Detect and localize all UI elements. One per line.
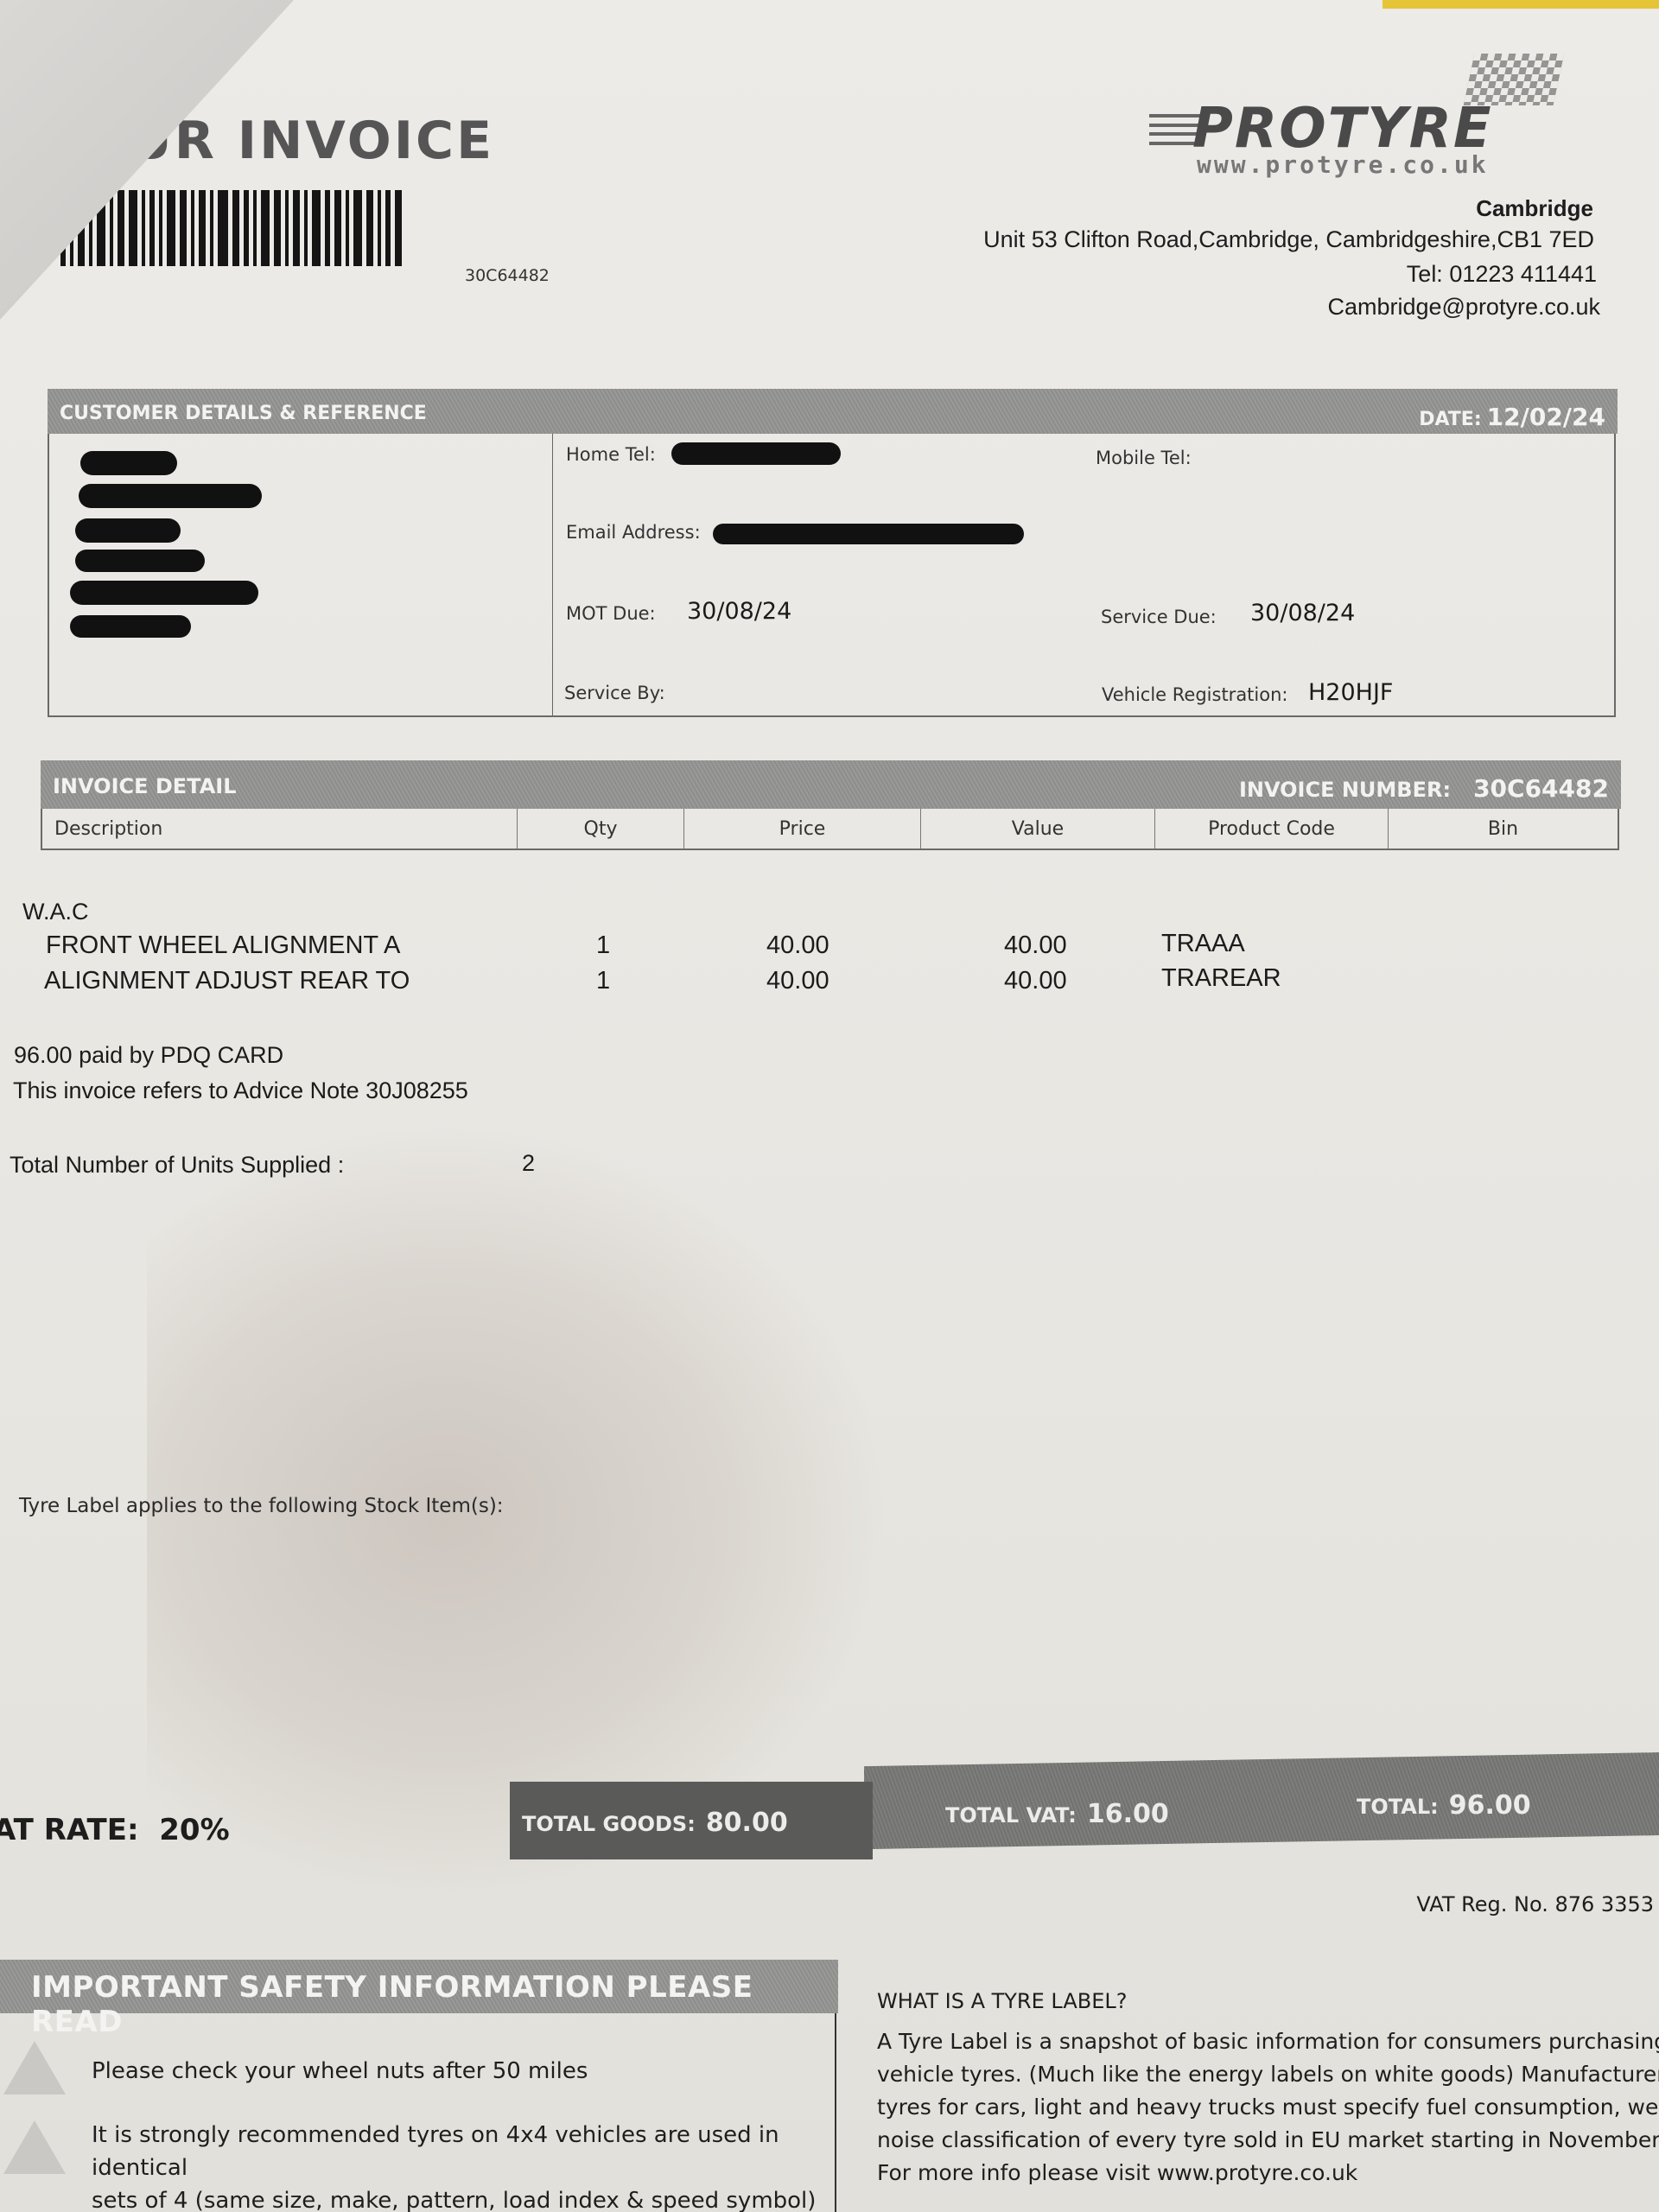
- units-supplied-value: 2: [522, 1150, 535, 1177]
- vehicle-reg-value: H20HJF: [1308, 679, 1393, 706]
- column-header-description: Description: [42, 809, 518, 849]
- tyre-label-line: For more info please visit www.protyre.c…: [877, 2157, 1659, 2190]
- invoice-number-value: 30C64482: [1473, 774, 1609, 803]
- tyre-label-heading: WHAT IS A TYRE LABEL?: [877, 1989, 1127, 2013]
- total-goods: TOTAL GOODS:80.00: [522, 1808, 788, 1838]
- email-label: Email Address:: [566, 522, 701, 543]
- customer-details-header: CUSTOMER DETAILS & REFERENCE DATE:12/02/…: [48, 389, 1618, 434]
- redacted-address-line: [75, 550, 205, 572]
- tyre-label-line: A Tyre Label is a snapshot of basic info…: [877, 2025, 1659, 2058]
- service-by-label: Service By:: [564, 683, 665, 703]
- redacted-home-tel: [671, 442, 841, 465]
- warning-triangle-icon: [3, 2041, 66, 2094]
- redacted-customer-name: [80, 451, 177, 475]
- line-description: ALIGNMENT ADJUST REAR TO: [44, 967, 410, 995]
- date-label: DATE:: [1419, 409, 1481, 430]
- service-due-label: Service Due:: [1101, 607, 1217, 627]
- line-group-label: W.A.C: [22, 899, 89, 925]
- date-value: 12/02/24: [1487, 403, 1605, 431]
- column-header-price: Price: [684, 809, 921, 849]
- line-qty: 1: [596, 931, 610, 960]
- total-goods-label: TOTAL GOODS:: [522, 1812, 696, 1836]
- totals-band: TOTAL GOODS:80.00 TOTAL VAT:16.00 TOTAL:…: [510, 1759, 1659, 1859]
- tyre-label-info: A Tyre Label is a snapshot of basic info…: [877, 2025, 1659, 2190]
- column-header-qty: Qty: [518, 809, 684, 849]
- barcode-number: 30C64482: [465, 266, 550, 285]
- line-product-code: TRAAA: [1161, 930, 1245, 958]
- vat-rate-label: AT RATE:: [0, 1813, 139, 1847]
- mot-due-value: 30/08/24: [687, 598, 791, 625]
- mot-due-label: MOT Due:: [566, 603, 656, 624]
- total-value: 96.00: [1449, 1790, 1531, 1821]
- total-vat-value: 16.00: [1087, 1799, 1169, 1829]
- warning-triangle-icon: [3, 2120, 66, 2174]
- vat-rate: AT RATE: 20%: [0, 1813, 230, 1847]
- vehicle-reg-label: Vehicle Registration:: [1102, 684, 1288, 705]
- tyre-label-line: noise classification of every tyre sold …: [877, 2124, 1659, 2157]
- safety-info-header: IMPORTANT SAFETY INFORMATION PLEASE READ: [0, 1960, 838, 2013]
- redacted-address-line: [79, 484, 262, 508]
- column-header-value: Value: [921, 809, 1155, 849]
- invoice-date: DATE:12/02/24: [1419, 403, 1605, 420]
- total-goods-value: 80.00: [706, 1808, 788, 1838]
- invoice-number-label: INVOICE NUMBER:: [1239, 778, 1451, 802]
- safety-item: Please check your wheel nuts after 50 mi…: [92, 2055, 588, 2088]
- branch-email[interactable]: Cambridge@protyre.co.uk: [1327, 294, 1600, 321]
- grand-total: TOTAL:96.00: [1357, 1790, 1531, 1821]
- vat-reg-value: 876 3353: [1554, 1892, 1654, 1916]
- units-supplied-label: Total Number of Units Supplied :: [10, 1152, 344, 1179]
- payment-note: 96.00 paid by PDQ CARD: [14, 1042, 283, 1069]
- vat-rate-value: 20%: [159, 1813, 229, 1847]
- section-title: INVOICE DETAIL: [53, 774, 236, 795]
- section-title: CUSTOMER DETAILS & REFERENCE: [60, 403, 427, 420]
- total-vat-label: TOTAL VAT:: [945, 1803, 1077, 1827]
- tyre-label-line: vehicle tyres. (Much like the energy lab…: [877, 2058, 1659, 2091]
- redacted-postcode: [70, 615, 191, 638]
- service-due-value: 30/08/24: [1250, 600, 1355, 626]
- invoice-number: INVOICE NUMBER:30C64482: [1239, 774, 1609, 795]
- customer-details-section: CUSTOMER DETAILS & REFERENCE DATE:12/02/…: [48, 389, 1616, 717]
- redacted-email: [713, 524, 1024, 544]
- line-product-code: TRAREAR: [1161, 964, 1281, 993]
- tyre-label-line: tyres for cars, light and heavy trucks m…: [877, 2091, 1659, 2124]
- line-price: 40.00: [766, 931, 829, 960]
- total-vat: TOTAL VAT:16.00: [945, 1799, 1169, 1829]
- advice-note: This invoice refers to Advice Note 30J08…: [13, 1077, 468, 1104]
- total-label: TOTAL:: [1357, 1795, 1439, 1819]
- background-surface: [1382, 0, 1659, 9]
- column-divider: [552, 434, 553, 715]
- branch-address: Unit 53 Clifton Road,Cambridge, Cambridg…: [983, 226, 1594, 253]
- mobile-tel-label: Mobile Tel:: [1096, 448, 1192, 468]
- redacted-address-line: [70, 581, 258, 605]
- column-header-bin: Bin: [1389, 809, 1618, 849]
- safety-item-line: It is strongly recommended tyres on 4x4 …: [92, 2119, 835, 2184]
- safety-item-line: sets of 4 (same size, make, pattern, loa…: [92, 2184, 835, 2212]
- branch-name: Cambridge: [1476, 195, 1593, 222]
- home-tel-label: Home Tel:: [566, 444, 656, 465]
- vat-reg-label: VAT Reg. No.: [1416, 1892, 1548, 1916]
- line-price: 40.00: [766, 967, 829, 995]
- line-value: 40.00: [1004, 967, 1067, 995]
- redacted-address-line: [75, 518, 181, 543]
- line-qty: 1: [596, 967, 610, 995]
- company-website[interactable]: www.protyre.co.uk: [1197, 150, 1489, 179]
- invoice-paper: [0, 0, 1659, 2212]
- safety-item: It is strongly recommended tyres on 4x4 …: [92, 2119, 835, 2212]
- line-description: FRONT WHEEL ALIGNMENT A: [46, 931, 400, 960]
- table-header: Description Qty Price Value Product Code…: [42, 809, 1618, 849]
- safety-info-section: IMPORTANT SAFETY INFORMATION PLEASE READ…: [0, 1960, 836, 2212]
- invoice-detail-section: INVOICE DETAIL INVOICE NUMBER:30C64482 D…: [41, 760, 1619, 850]
- invoice-detail-header: INVOICE DETAIL INVOICE NUMBER:30C64482: [41, 760, 1621, 809]
- column-header-product-code: Product Code: [1155, 809, 1389, 849]
- tyre-label-note: Tyre Label applies to the following Stoc…: [19, 1495, 504, 1517]
- vat-registration: VAT Reg. No. 876 3353: [1416, 1892, 1654, 1916]
- line-value: 40.00: [1004, 931, 1067, 960]
- branch-phone: Tel: 01223 411441: [1407, 261, 1597, 288]
